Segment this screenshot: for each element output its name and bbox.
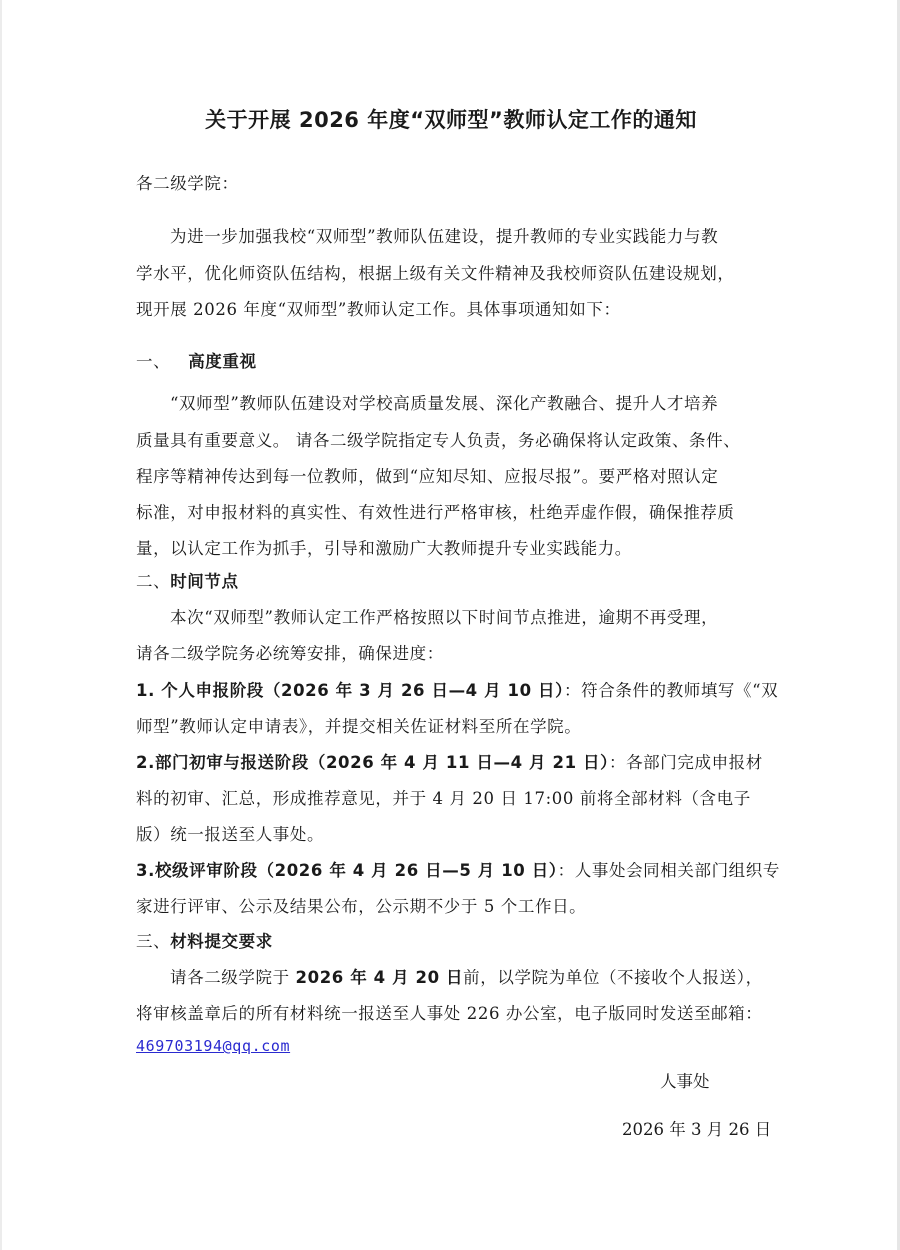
section1-line: 量，以认定工作为抓手，引导和激励广大教师提升专业实践能力。	[136, 535, 632, 559]
section-heading-3: 三、材料提交要求	[136, 928, 273, 952]
stage-text: ：各部门完成申报材	[609, 753, 763, 772]
signature-department: 人事处	[660, 1068, 710, 1092]
section-number: 一、	[136, 352, 170, 371]
stage-label: 2.部门初审与报送阶段（2026 年 4 月 11 日—4 月 21 日）	[136, 753, 609, 772]
section1-line: 质量具有重要意义。 请各二级学院指定专人负责，务必确保将认定政策、条件、	[136, 427, 740, 451]
signature-date: 2026 年 3 月 26 日	[622, 1116, 771, 1140]
section3-text: 请各二级学院于	[170, 968, 296, 987]
section-heading-1: 一、高度重视	[136, 348, 257, 372]
email-line: 469703194@qq.com	[136, 1036, 290, 1055]
section1-line: 标准，对申报材料的真实性、有效性进行严格审核，杜绝弄虚作假，确保推荐质	[136, 499, 735, 523]
stage-text-line: 料的初审、汇总，形成推荐意见，并于 4 月 20 日 17:00 前将全部材料（…	[136, 785, 751, 809]
stage-text: ：人事处会同相关部门组织专	[558, 861, 780, 880]
section-heading-2: 二、时间节点	[136, 568, 239, 592]
stage-text: ：符合条件的教师填写《“双	[564, 681, 778, 700]
addressee: 各二级学院：	[136, 170, 239, 194]
stage-text-line: 版）统一报送至人事处。	[136, 821, 324, 845]
stage-label: 1. 个人申报阶段（2026 年 3 月 26 日—4 月 10 日）	[136, 681, 564, 700]
stage-text-line: 家进行评审、公示及结果公布，公示期不少于 5 个工作日。	[136, 893, 586, 917]
section-title: 材料提交要求	[170, 932, 273, 951]
intro-line: 现开展 2026 年度“双师型”教师认定工作。具体事项通知如下：	[136, 296, 621, 320]
document-title: 关于开展 2026 年度“双师型”教师认定工作的通知	[136, 104, 766, 134]
section2-line: 本次“双师型”教师认定工作严格按照以下时间节点推进，逾期不再受理，	[170, 604, 718, 628]
section1-line: 程序等精神传达到每一位教师，做到“应知尽知、应报尽报”。要严格对照认定	[136, 463, 718, 487]
section-title: 高度重视	[188, 352, 256, 371]
section-title: 时间节点	[170, 572, 238, 591]
section3-line: 请各二级学院于 2026 年 4 月 20 日前，以学院为单位（不接收个人报送）…	[170, 964, 763, 988]
stage-2: 2.部门初审与报送阶段（2026 年 4 月 11 日—4 月 21 日）：各部…	[136, 749, 763, 773]
section1-line: “双师型”教师队伍建设对学校高质量发展、深化产教融合、提升人才培养	[170, 390, 718, 414]
section-number: 二、	[136, 572, 170, 591]
deadline-date: 2026 年 4 月 20 日	[296, 968, 464, 987]
email-link[interactable]: 469703194@qq.com	[136, 1037, 290, 1055]
stage-3: 3.校级评审阶段（2026 年 4 月 26 日—5 月 10 日）：人事处会同…	[136, 857, 780, 881]
page-edge-left	[0, 0, 2, 1250]
stage-1: 1. 个人申报阶段（2026 年 3 月 26 日—4 月 10 日）：符合条件…	[136, 677, 778, 701]
stage-label: 3.校级评审阶段（2026 年 4 月 26 日—5 月 10 日）	[136, 861, 558, 880]
section2-line: 请各二级学院务必统筹安排，确保进度：	[136, 640, 444, 664]
section-number: 三、	[136, 932, 170, 951]
intro-line: 学水平，优化师资队伍结构，根据上级有关文件精神及我校师资队伍建设规划，	[136, 260, 735, 284]
section3-line: 将审核盖章后的所有材料统一报送至人事处 226 办公室，电子版同时发送至邮箱：	[136, 1000, 762, 1024]
intro-line: 为进一步加强我校“双师型”教师队伍建设，提升教师的专业实践能力与教	[170, 223, 718, 247]
stage-text-line: 师型”教师认定申请表》，并提交相关佐证材料至所在学院。	[136, 713, 581, 737]
section3-text: 前，以学院为单位（不接收个人报送），	[463, 968, 763, 987]
